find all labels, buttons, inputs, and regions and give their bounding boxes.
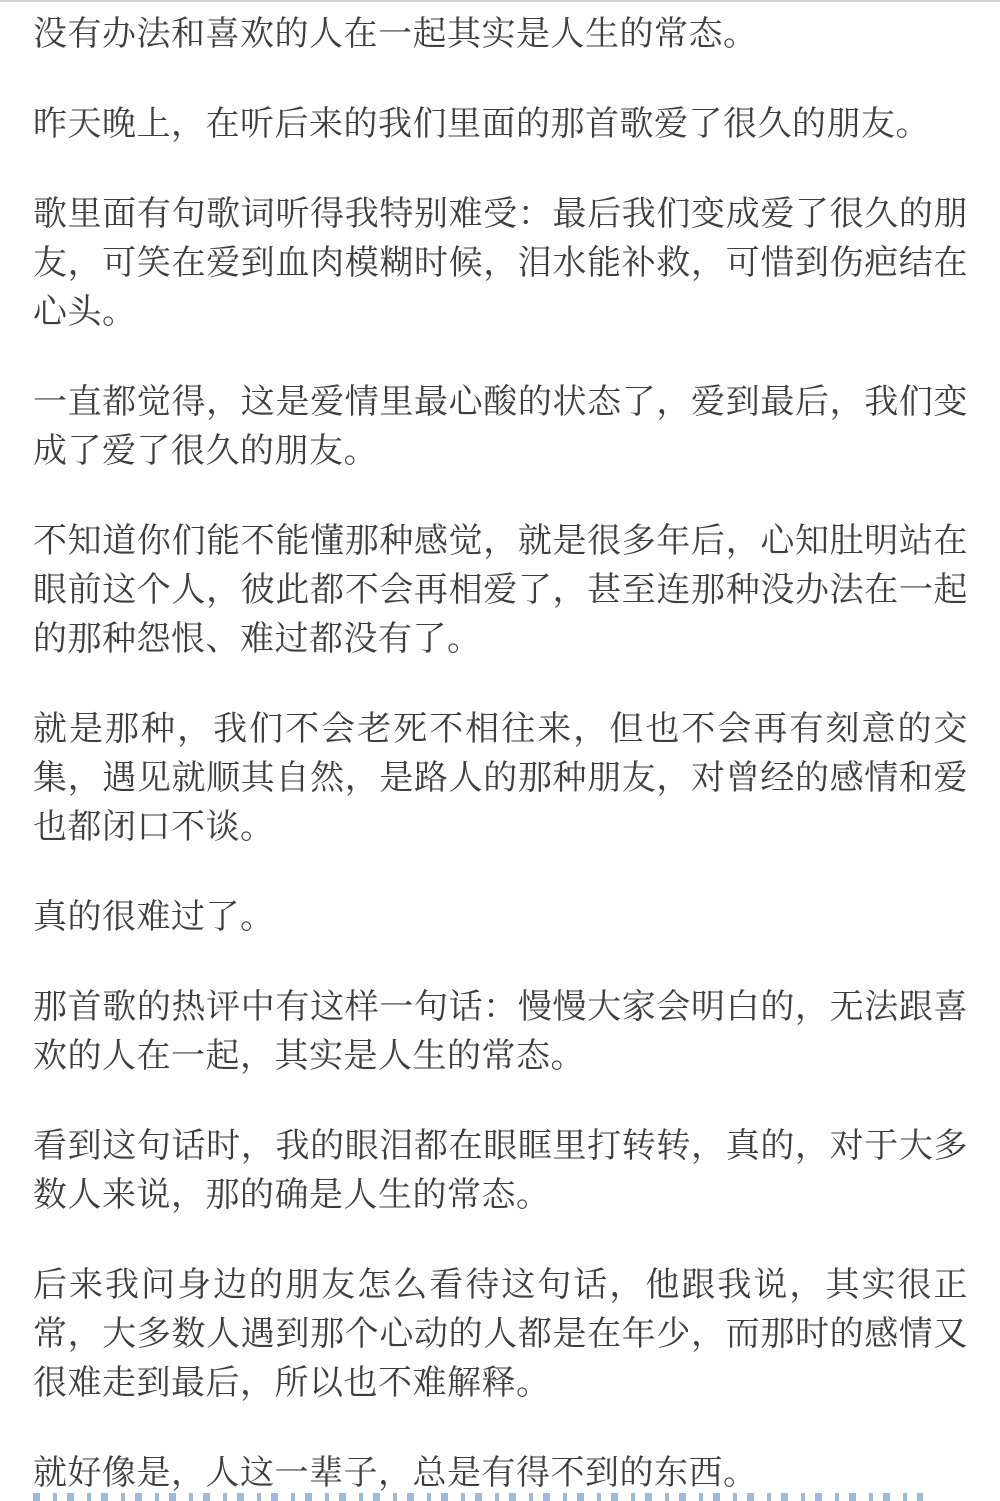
paragraph: 一直都觉得，这是爱情里最心酸的状态了，爱到最后，我们变成了爱了很久的朋友。 <box>33 378 968 476</box>
paragraph: 就是那种，我们不会老死不相往来，但也不会再有刻意的交集，遇见就顺其自然，是路人的… <box>33 705 968 852</box>
paragraph: 昨天晚上，在听后来的我们里面的那首歌爱了很久的朋友。 <box>33 100 968 149</box>
article-text: 没有办法和喜欢的人在一起其实是人生的常态。 昨天晚上，在听后来的我们里面的那首歌… <box>0 0 1000 1501</box>
paragraph: 真的很难过了。 <box>33 893 968 942</box>
paragraph: 那首歌的热评中有这样一句话：慢慢大家会明白的，无法跟喜欢的人在一起，其实是人生的… <box>33 983 968 1081</box>
paragraph: 歌里面有句歌词听得我特别难受：最后我们变成爱了很久的朋友，可笑在爱到血肉模糊时候… <box>33 190 968 337</box>
paragraph: 不知道你们能不能懂那种感觉，就是很多年后，心知肚明站在眼前这个人，彼此都不会再相… <box>33 517 968 664</box>
clipped-link-line[interactable] <box>33 1493 923 1501</box>
paragraph: 没有办法和喜欢的人在一起其实是人生的常态。 <box>33 10 968 59</box>
paragraph: 看到这句话时，我的眼泪都在眼眶里打转转，真的，对于大多数人来说，那的确是人生的常… <box>33 1122 968 1220</box>
paragraph: 后来我问身边的朋友怎么看待这句话，他跟我说，其实很正常，大多数人遇到那个心动的人… <box>33 1261 968 1408</box>
paragraph: 就好像是，人这一辈子，总是有得不到的东西。 <box>33 1449 968 1498</box>
